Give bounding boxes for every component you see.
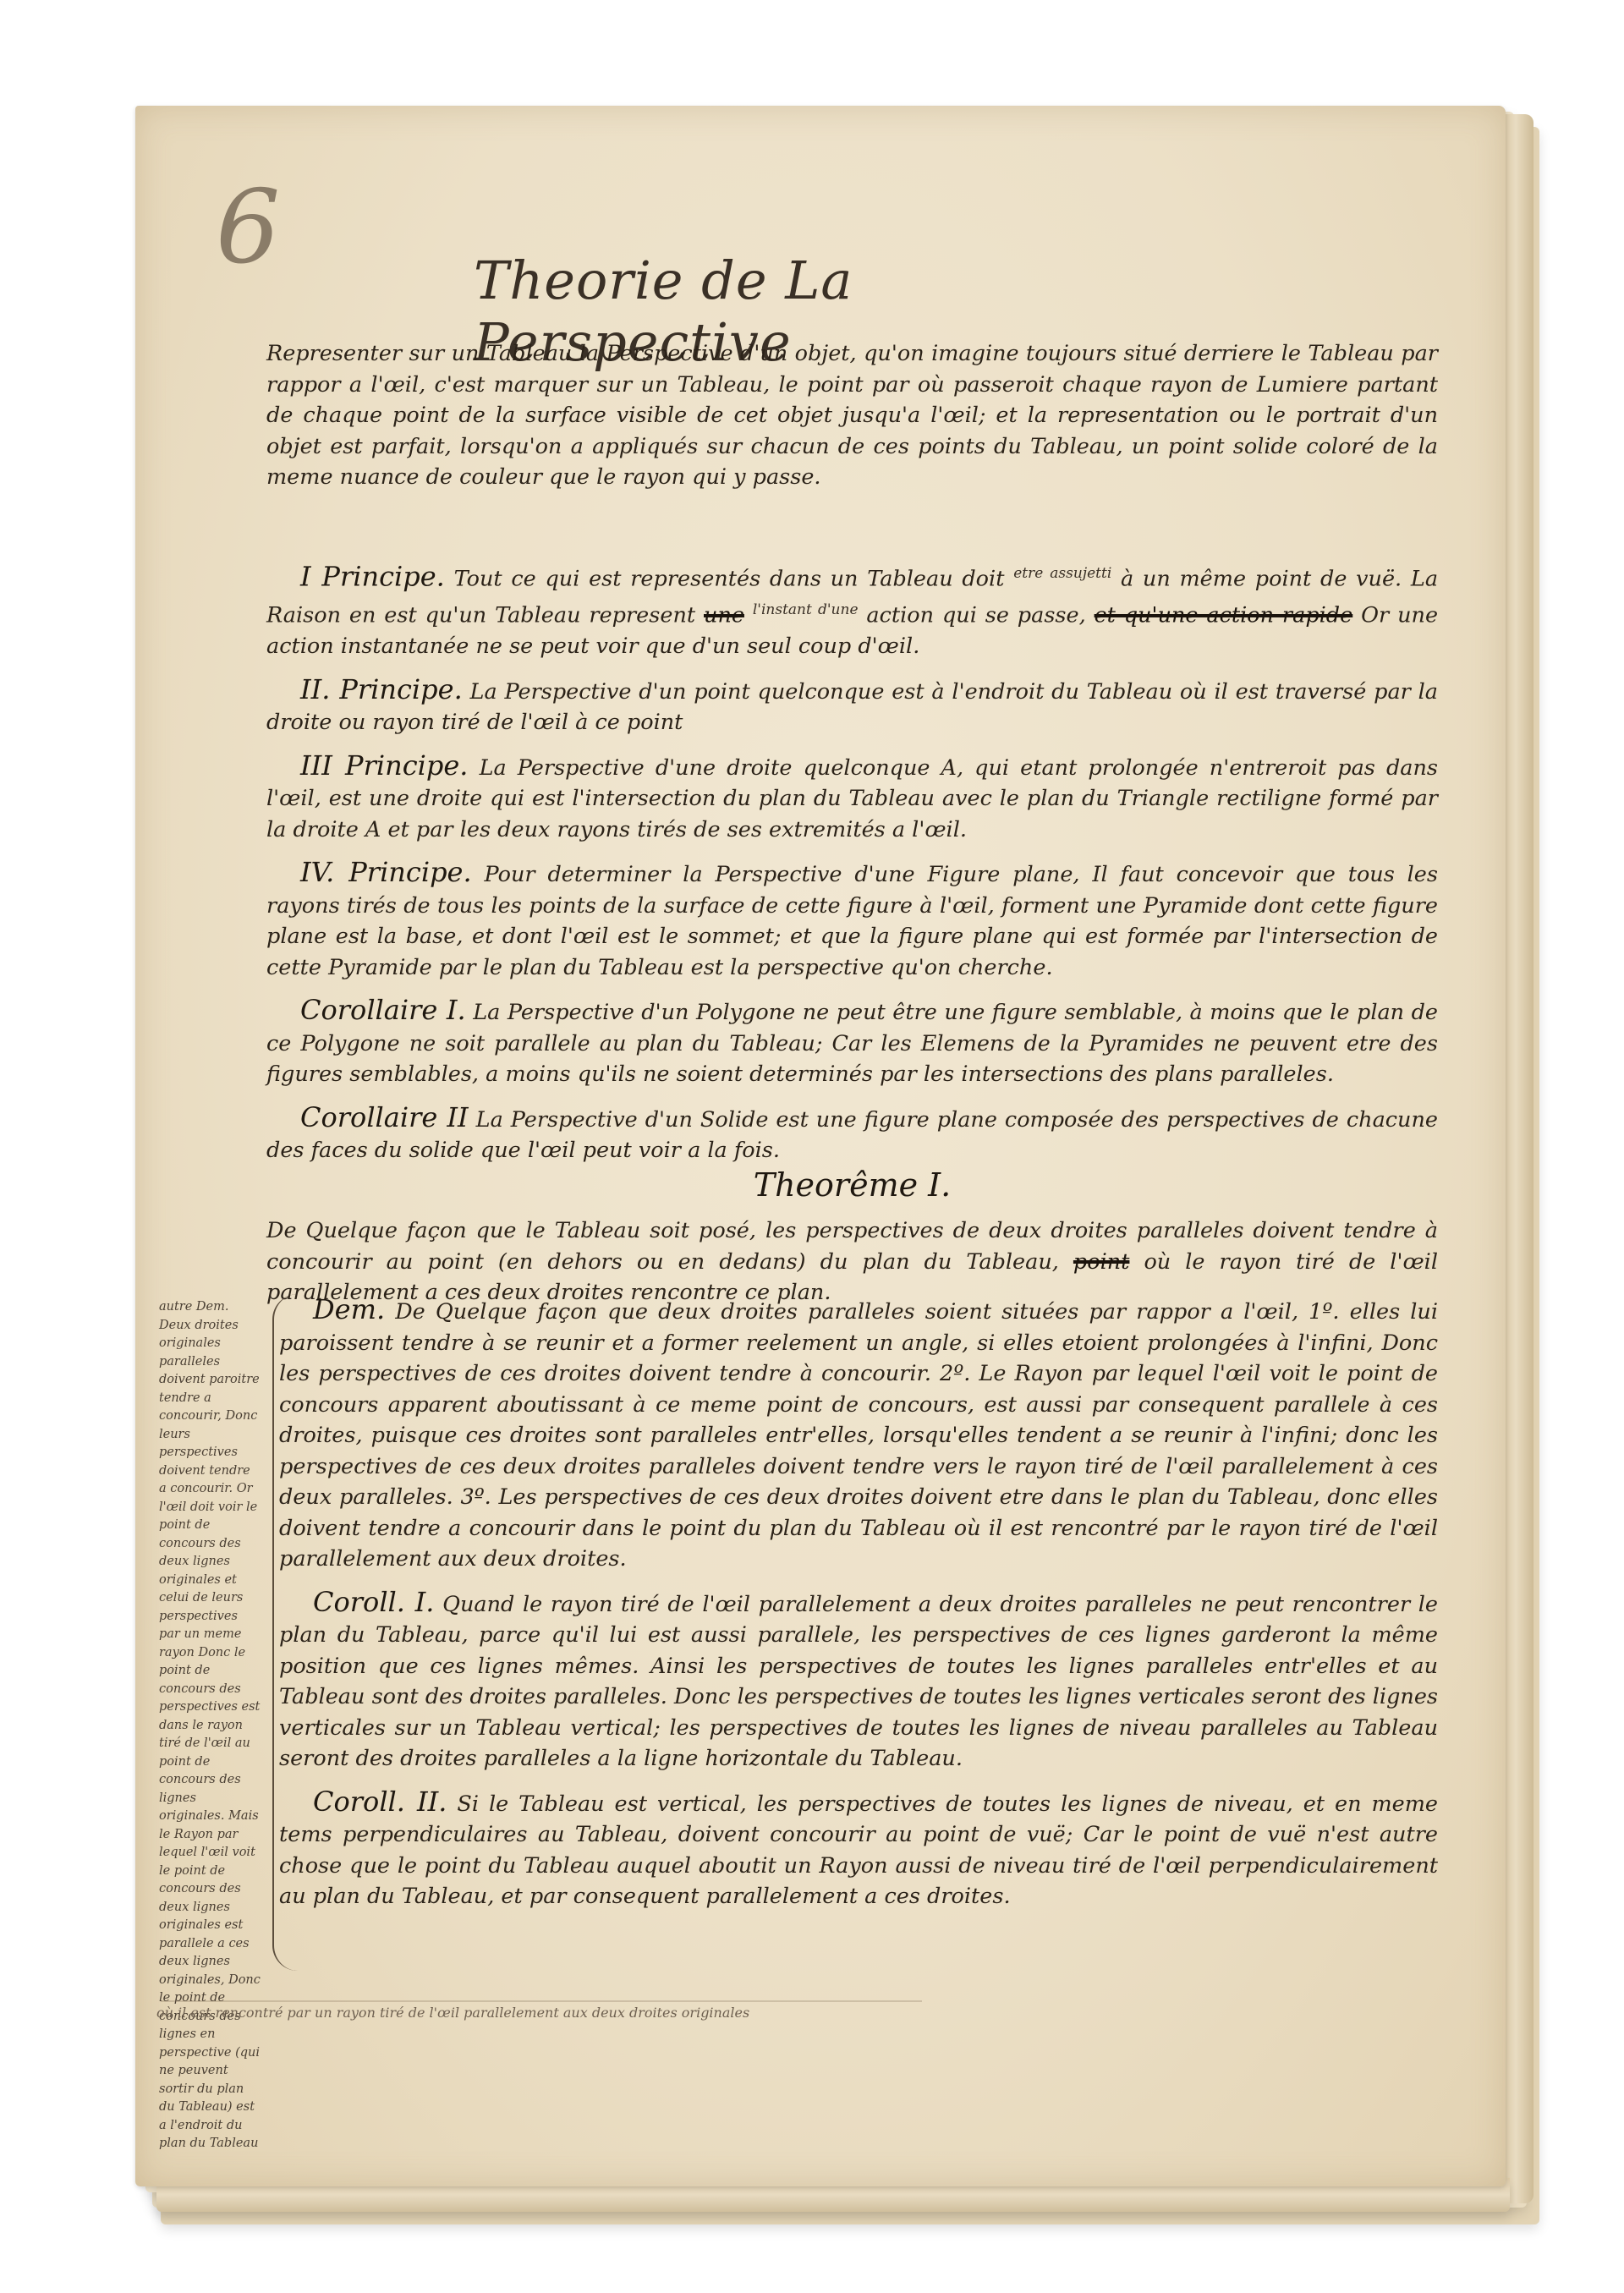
corollary-2: Corollaire II La Perspective d'un Solide… — [266, 1102, 1438, 1166]
theorem-corollary-2: Coroll. II. Si le Tableau est vertical, … — [279, 1786, 1438, 1912]
principle-label: II. Principe. — [300, 673, 463, 705]
principle-label: I Principe. — [300, 561, 445, 593]
stacked-page-edges-right — [1504, 114, 1533, 2203]
struck-word: une — [704, 603, 744, 628]
corollary-1: Corollaire I. La Perspective d'un Polygo… — [266, 995, 1438, 1090]
intro-section: Representer sur un Tableau la Perspectiv… — [266, 338, 1438, 505]
footnote-annotation: où il est rencontré par un rayon tiré de… — [156, 2005, 918, 2021]
principle-1: I Principe. Tout ce qui est representés … — [266, 558, 1438, 662]
theorem-heading: Theorême I. — [266, 1170, 1438, 1201]
corollary-label: Coroll. I. — [313, 1586, 434, 1618]
marginal-annotation: autre Dem. Deux droites originales paral… — [159, 1298, 261, 2153]
principles-section: I Principe. Tout ce qui est representés … — [266, 558, 1438, 1320]
principle-label: III Principe. — [300, 749, 468, 782]
demonstration-label: Dem. — [313, 1293, 385, 1325]
corollary-label: Corollaire I. — [300, 994, 466, 1026]
principle-2: II. Principe. La Perspective d'un point … — [266, 674, 1438, 738]
intro-paragraph: Representer sur un Tableau la Perspectiv… — [266, 338, 1438, 493]
folio-number: 6 — [216, 169, 280, 287]
principle-label: IV. Principe. — [300, 856, 472, 888]
interlinear-insertion: l'instant d'une — [753, 601, 859, 618]
struck-word: point — [1073, 1249, 1130, 1275]
corollary-label: Coroll. II. — [313, 1786, 447, 1818]
corollary-label: Corollaire II — [300, 1101, 469, 1133]
theorem-corollary-1: Coroll. I. Quand le rayon tiré de l'œil … — [279, 1587, 1438, 1775]
demonstration-section: Dem. De Quelque façon que deux droites p… — [279, 1294, 1438, 1924]
footnote-rule — [161, 2000, 922, 2002]
principle-4: IV. Principe. Pour determiner la Perspec… — [266, 857, 1438, 983]
interlinear-insertion: etre assujetti — [1013, 565, 1111, 582]
principle-3: III Principe. La Perspective d'une droit… — [266, 750, 1438, 846]
demonstration: Dem. De Quelque façon que deux droites p… — [279, 1294, 1438, 1575]
struck-phrase: et qu'une action rapide — [1095, 603, 1353, 628]
